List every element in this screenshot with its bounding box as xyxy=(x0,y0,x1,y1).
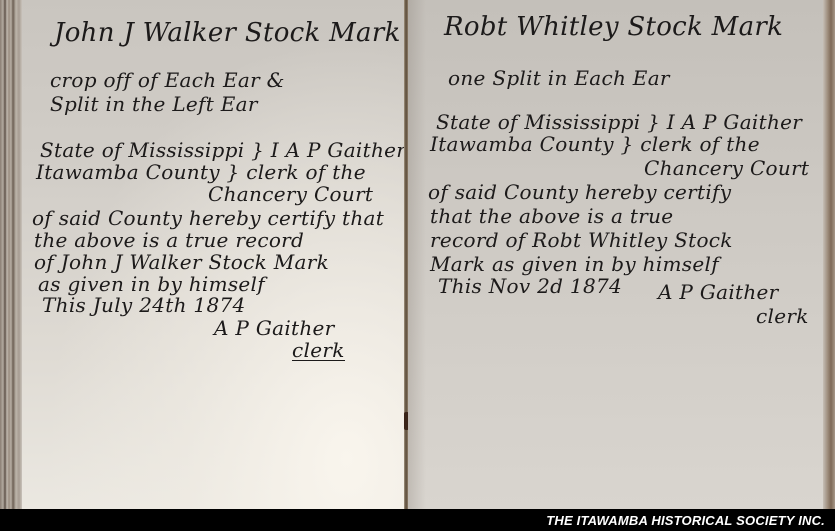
left-cert-line-5: the above is a true record xyxy=(34,230,304,250)
right-cert-line-3: Chancery Court xyxy=(644,158,809,178)
right-mark-line-1: one Split in Each Ear xyxy=(448,68,670,88)
left-cert-line-3: Chancery Court xyxy=(208,184,373,204)
copyright-caption: THE ITAWAMBA HISTORICAL SOCIETY INC. xyxy=(546,513,825,528)
right-cert-line-1: State of Mississippi } I A P Gaither xyxy=(436,112,802,132)
page-edges-right xyxy=(823,0,835,509)
left-mark-line-2: Split in the Left Ear xyxy=(50,94,258,114)
right-cert-line-6: record of Robt Whitley Stock xyxy=(430,230,733,250)
photo-frame: John J Walker Stock Mark crop off of Eac… xyxy=(0,0,835,531)
right-page: Robt Whitley Stock Mark one Split in Eac… xyxy=(408,0,823,509)
left-cert-line-1: State of Mississippi } I A P Gaither xyxy=(40,140,406,160)
left-page-heading: John J Walker Stock Mark xyxy=(54,20,401,46)
left-cert-line-4: of said County hereby certify that xyxy=(32,208,384,228)
right-cert-line-4: of said County hereby certify xyxy=(428,182,731,202)
left-cert-line-2: Itawamba County } clerk of the xyxy=(36,162,366,182)
right-page-heading: Robt Whitley Stock Mark xyxy=(444,14,783,40)
right-cert-line-5: that the above is a true xyxy=(430,206,673,226)
right-cert-line-7: Mark as given in by himself xyxy=(430,254,719,274)
ledger-book-photo: John J Walker Stock Mark crop off of Eac… xyxy=(0,0,835,509)
left-cert-line-7: as given in by himself xyxy=(38,274,265,294)
left-mark-line-1: crop off of Each Ear & xyxy=(50,70,285,90)
left-cert-line-8: This July 24th 1874 xyxy=(42,295,246,315)
right-signature-title: clerk xyxy=(756,306,809,326)
left-cert-line-6: of John J Walker Stock Mark xyxy=(34,252,329,272)
right-cert-line-8: This Nov 2d 1874 xyxy=(438,276,622,296)
right-cert-line-2: Itawamba County } clerk of the xyxy=(430,134,760,154)
left-signature-title: clerk xyxy=(292,340,345,361)
left-signature: A P Gaither xyxy=(214,318,335,338)
right-signature: A P Gaither xyxy=(658,282,779,302)
left-page: John J Walker Stock Mark crop off of Eac… xyxy=(22,0,404,509)
page-edges-left xyxy=(0,0,22,509)
